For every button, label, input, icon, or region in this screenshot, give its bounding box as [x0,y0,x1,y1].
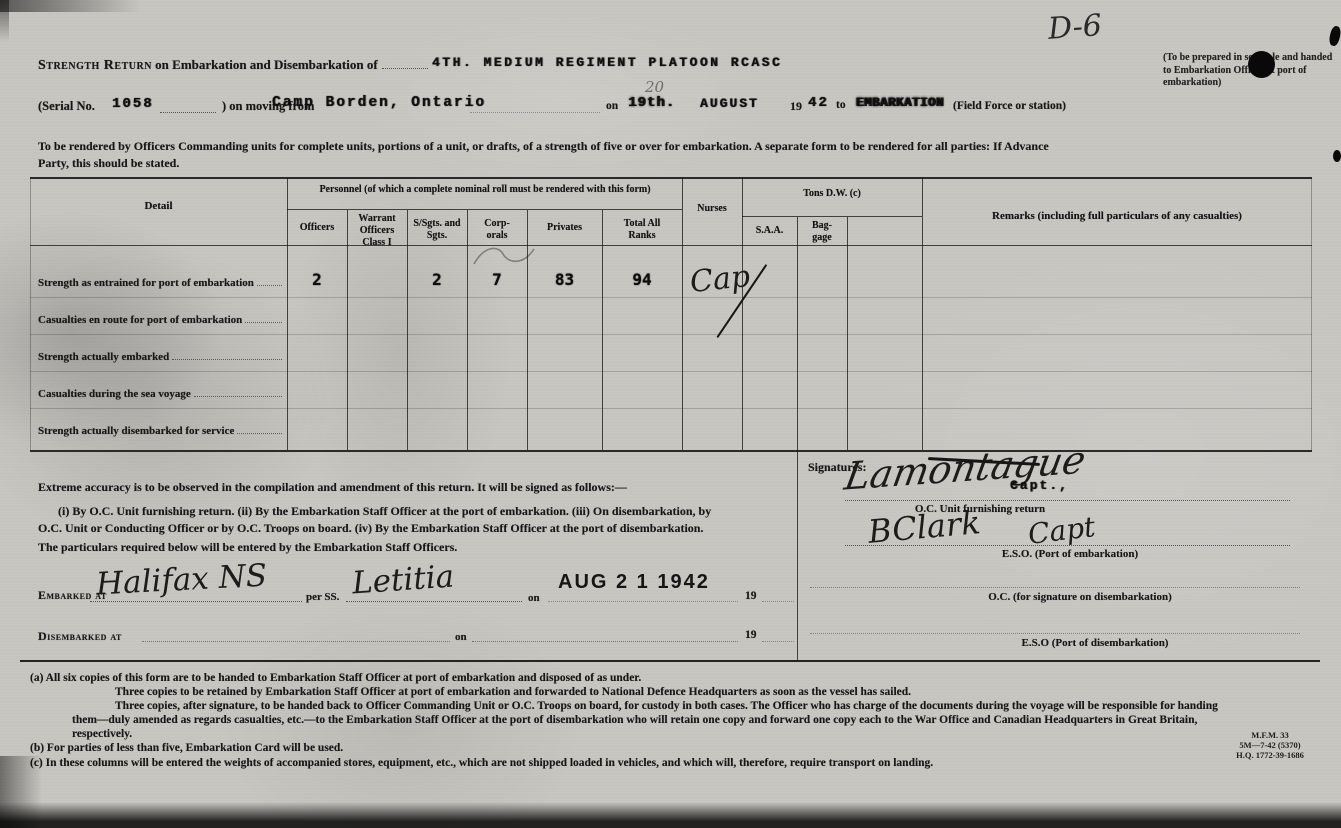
row-rule-1 [30,297,1312,298]
cell-officers: 2 [287,270,347,289]
footnote-b: (b) For parties of less than five, Embar… [30,742,343,754]
leader-line [237,433,282,434]
col-header-warrant: Warrant Officers Class I [349,213,405,249]
col-rule-total [602,210,603,450]
handwritten-corner-note: D-6 [1047,8,1103,47]
scan-mark-right-2 [1333,150,1341,162]
destination-typed: EMBARKATION [856,96,944,110]
table-subheader-rule [30,245,1312,246]
embarked-place-handwritten: Halifax NS [95,558,268,603]
ship-name-handwritten: Letitia [351,558,455,601]
disembark-year-printed: 19 [745,629,757,641]
row-label: Strength actually disembarked for servic… [38,425,234,437]
row-label: Casualties during the sea voyage [38,388,191,400]
field-force-label: (Field Force or station) [953,100,1066,112]
tons-group-rule [742,216,922,217]
tons-group-header: Tons D.W. (c) [792,188,872,200]
pencil-day-note: 20 [645,78,664,96]
form-number-mfm: M.F.M. 33 [1205,730,1335,740]
row-rule-2 [30,334,1312,335]
leader-line [245,322,282,323]
scan-edge-smudge-top-left [0,0,140,12]
row-label: Strength actually embarked [38,351,169,363]
col-header-baggage: Bag-gage [805,220,839,244]
signature-caption-eso-embark: E.S.O. (Port of embarkation) [950,548,1190,560]
cell-corporals: 7 [467,270,527,289]
form-number-print-run: 5M—7-42 (5370) [1205,740,1335,750]
col-header-privates: Privates [527,222,602,234]
signature-panel-divider [797,450,798,660]
scan-edge-smudge-left [0,0,9,42]
disembark-date-line [472,641,738,642]
origin-typed: Camp Borden, Ontario [272,95,486,111]
date-day-typed: 19th. [628,95,675,111]
col-header-nurses: Nurses [682,203,742,215]
origin-leader-line [470,112,600,113]
ship-name-line [346,601,522,602]
embark-year-printed: 19 [745,590,757,602]
embarked-place-line [90,601,302,602]
disembark-year-line [762,641,794,642]
cell-privates: 83 [527,270,602,289]
form-title-rest: on Embarkation and Disembarkation of [155,57,377,72]
row-label: Strength as entrained for port of embark… [38,277,254,289]
table-row: Casualties en route for port of embarkat… [38,314,284,326]
disembarked-place-line [142,641,450,642]
serial-leader-line [160,112,216,113]
detail-header: Detail [30,200,287,213]
col-rule-nurses [682,178,683,450]
footer-rule [20,660,1320,662]
scan-mark-right-1 [1328,25,1341,47]
title-leader-line [382,68,428,69]
table-row: Casualties during the sea voyage [38,388,284,400]
embark-date-line [548,601,738,602]
col-header-sgts: S/Sgts. and Sgts. [409,218,465,242]
col-rule-tons [742,178,743,450]
disembarked-on-label: on [455,631,467,643]
embark-date-stamp: AUG 2 1 1942 [558,571,710,594]
signature-caption-oc-disembark: O.C. (for signature on disembarkation) [945,591,1215,603]
col-rule-saa [797,217,798,450]
personnel-group-header: Personnel (of which a complete nominal r… [310,184,660,196]
table-row: Strength actually disembarked for servic… [38,425,284,437]
leader-line [194,396,282,397]
cell-total: 94 [602,270,682,289]
col-header-total: Total All Ranks [611,218,673,242]
scanned-strength-return-form: D-6 Strength Return on Embarkation and D… [0,0,1341,828]
table-top-rule [30,177,1312,179]
disembarked-at-label: Disembarked at [38,629,122,644]
oc-rank-typed: Capt., [1010,478,1069,493]
footnote-c: (c) In these columns will be entered the… [30,757,933,769]
embark-year-line [762,601,794,602]
scan-edge-band-bottom [0,802,1341,828]
accuracy-line2: (i) By O.C. Unit furnishing return. (ii)… [58,504,711,519]
footnote-a2: Three copies to be retained by Embarkati… [115,686,911,698]
col-rule-sgts [407,210,408,450]
to-label: to [836,99,846,111]
row-rule-3 [30,371,1312,372]
pencil-scribble [468,243,540,269]
date-month-typed: AUGUST [700,96,759,111]
row-label: Casualties en route for port of embarkat… [38,314,242,326]
footnote-a1: (a) All six copies of this form are to b… [30,672,641,684]
signature-line-3 [810,587,1300,588]
cell-sgts: 2 [407,270,467,289]
serial-label: (Serial No. [38,99,95,114]
nurses-handwritten-mark: Cap [688,259,751,300]
col-rule-baggage [847,217,848,450]
footnote-a4: them—duly amended as regards casualties,… [72,714,1197,726]
table-row: Strength as entrained for port of embark… [38,277,284,289]
remarks-header: Remarks (including full particulars of a… [922,210,1312,223]
leader-line [172,359,282,360]
per-ss-label: per SS. [306,591,339,603]
col-rule-warrant [347,210,348,450]
year-typed: 42 [808,95,829,111]
year-printed: 19 [790,99,802,114]
table-row: Strength actually embarked [38,351,284,363]
signature-line-1 [845,500,1290,501]
col-header-corporals: Corp-orals [475,218,519,242]
col-header-officers: Officers [287,222,347,234]
instructions-line2: Party, this should be stated. [38,156,179,171]
form-number-hq: H.Q. 1772-39-1686 [1205,750,1335,760]
serial-value-typed: 1058 [112,96,154,112]
row-rule-4 [30,408,1312,409]
scan-edge-smudge-bottom-left [0,756,42,828]
accuracy-line4: The particulars required below will be e… [38,540,457,555]
signature-line-4 [810,633,1300,634]
unit-name-typed: 4TH. MEDIUM REGIMENT PLATOON RCASC [432,55,782,70]
col-header-saa: S.A.A. [742,225,797,237]
table-bottom-rule [30,450,1312,452]
accuracy-line3: O.C. Unit or Conducting Officer or by O.… [38,521,703,536]
signature-line-2 [845,545,1290,546]
signature-caption-eso-disembark: E.S.O (Port of disembarkation) [970,637,1220,649]
form-title-caps: Strength Return [38,58,152,73]
footnote-a3: Three copies, after signature, to be han… [115,700,1218,712]
accuracy-line1: Extreme accuracy is to be observed in th… [38,480,627,495]
on-label: on [606,100,618,112]
leader-line [257,285,282,286]
ink-blot [1248,51,1275,78]
table-left-rule [30,178,31,450]
instructions-line1: To be rendered by Officers Commanding un… [38,139,1049,154]
col-rule-officers [287,178,288,450]
embarked-on-label: on [528,592,540,604]
footnote-a5: respectively. [72,728,132,740]
